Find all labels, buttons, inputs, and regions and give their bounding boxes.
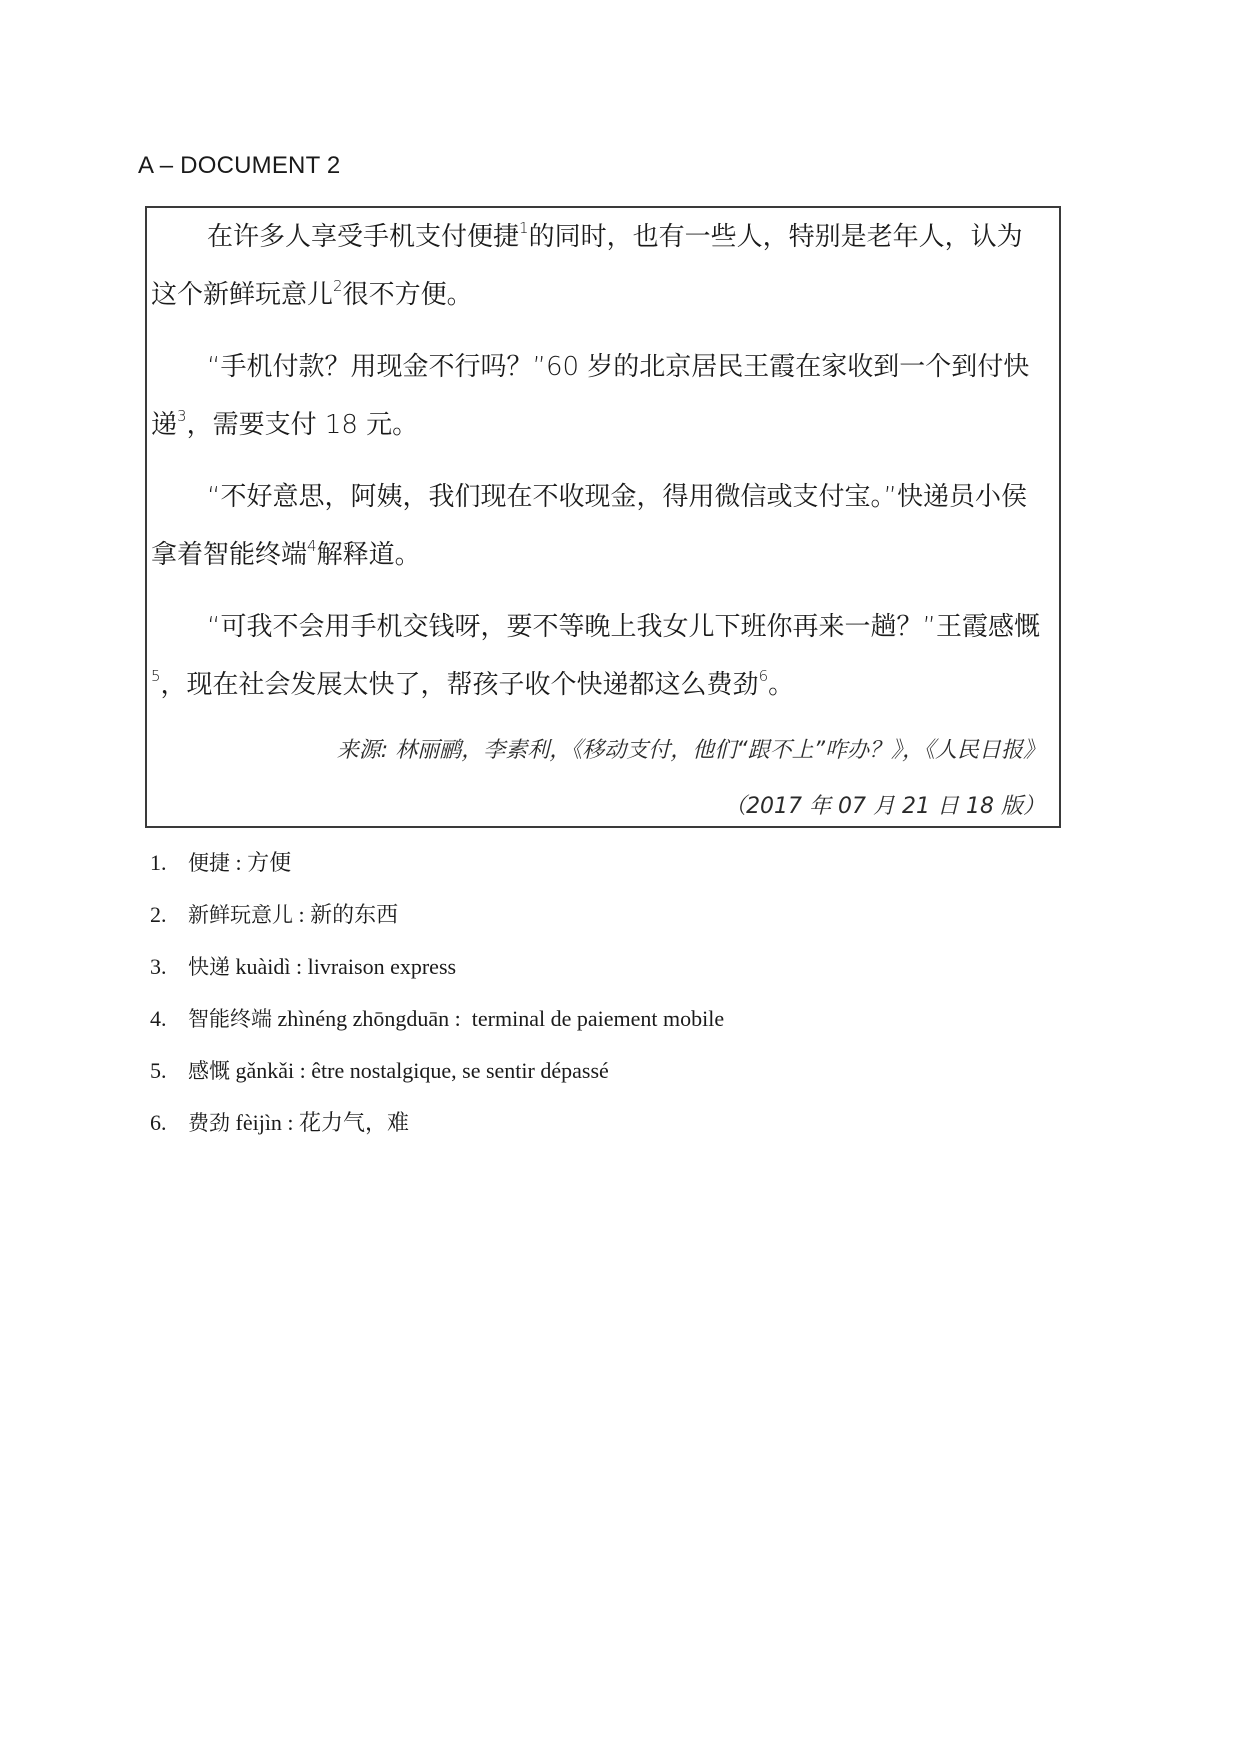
paragraph-4: “可我不会用手机交钱呀，要不等晚上我女儿下班你再来一趟？”王霞感慨5，现在社会发… — [151, 598, 1043, 714]
footnote-3: 3.快递 kuàidì : livraison express — [150, 952, 724, 1004]
footnote-ref-2: 2 — [333, 277, 343, 295]
document-title: A – DOCUMENT 2 — [138, 152, 340, 180]
footnotes-list: 1.便捷 : 方便 2.新鲜玩意儿 : 新的东西 3.快递 kuàidì : l… — [150, 848, 724, 1160]
paragraph-3: “不好意思，阿姨，我们现在不收现金，得用微信或支付宝。”快递员小侯拿着智能终端4… — [151, 468, 1043, 584]
footnote-number: 3. — [150, 952, 188, 982]
paragraph-text: “可我不会用手机交钱呀，要不等晚上我女儿下班你再来一趟？”王霞感慨 — [207, 612, 1040, 642]
footnote-ref-3: 3 — [177, 407, 187, 425]
paragraph-2: “手机付款？用现金不行吗？”60 岁的北京居民王霞在家收到一个到付快递3，需要支… — [151, 338, 1043, 454]
footnote-definition: : 方便 — [230, 848, 291, 878]
source-citation: 来源: 林丽鹂，李素利，《移动支付，他们“跟不上”咋办？》，《人民日报》 （20… — [337, 723, 1045, 835]
footnote-definition: gǎnkǎi : être nostalgique, se sentir dép… — [230, 1056, 609, 1086]
footnote-ref-1: 1 — [519, 219, 529, 237]
footnote-number: 1. — [150, 848, 188, 878]
footnote-term: 新鲜玩意儿 — [188, 900, 293, 930]
footnote-ref-4: 4 — [307, 537, 317, 555]
paragraph-text: ，现在社会发展太快了，帮孩子收个快递都这么费劲 — [161, 670, 759, 700]
footnote-term: 智能终端 — [188, 1004, 272, 1034]
paragraph-text: ，需要支付 18 元。 — [187, 410, 419, 440]
paragraph-text: 。 — [768, 670, 794, 700]
footnote-6: 6.费劲 fèijìn : 花力气，难 — [150, 1108, 724, 1160]
paragraph-1: 在许多人享受手机支付便捷1的同时，也有一些人，特别是老年人，认为这个新鲜玩意儿2… — [151, 208, 1043, 324]
source-line-1: 来源: 林丽鹂，李素利，《移动支付，他们“跟不上”咋办？》，《人民日报》 — [337, 738, 1045, 763]
footnote-number: 6. — [150, 1108, 188, 1138]
footnote-definition: : 新的东西 — [293, 900, 398, 930]
footnote-definition: kuàidì : livraison express — [230, 952, 456, 982]
paragraph-text: “不好意思，阿姨，我们现在不收现金，得用微信或支付宝。”快递员小侯拿着智能终端 — [151, 482, 1027, 570]
paragraph-text: 在许多人享受手机支付便捷 — [207, 222, 519, 252]
footnote-2: 2.新鲜玩意儿 : 新的东西 — [150, 900, 724, 952]
footnote-term: 便捷 — [188, 848, 230, 878]
footnote-number: 2. — [150, 900, 188, 930]
footnote-definition: fèijìn : 花力气，难 — [230, 1108, 409, 1138]
footnote-definition: zhìnéng zhōngduān : terminal de paiement… — [272, 1004, 724, 1034]
footnote-number: 4. — [150, 1004, 188, 1034]
paragraph-text: 解释道。 — [317, 540, 421, 570]
paragraph-text: 很不方便。 — [343, 280, 473, 310]
footnote-1: 1.便捷 : 方便 — [150, 848, 724, 900]
footnote-term: 快递 — [188, 952, 230, 982]
footnote-5: 5.感慨 gǎnkǎi : être nostalgique, se senti… — [150, 1056, 724, 1108]
footnote-number: 5. — [150, 1056, 188, 1086]
footnote-term: 费劲 — [188, 1108, 230, 1138]
footnote-ref-5: 5 — [151, 667, 161, 685]
article-text-box: 在许多人享受手机支付便捷1的同时，也有一些人，特别是老年人，认为这个新鲜玩意儿2… — [145, 206, 1061, 828]
footnote-term: 感慨 — [188, 1056, 230, 1086]
footnote-4: 4.智能终端 zhìnéng zhōngduān : terminal de p… — [150, 1004, 724, 1056]
source-line-2: （2017 年 07 月 21 日 18 版） — [337, 779, 1045, 835]
footnote-ref-6: 6 — [759, 667, 769, 685]
